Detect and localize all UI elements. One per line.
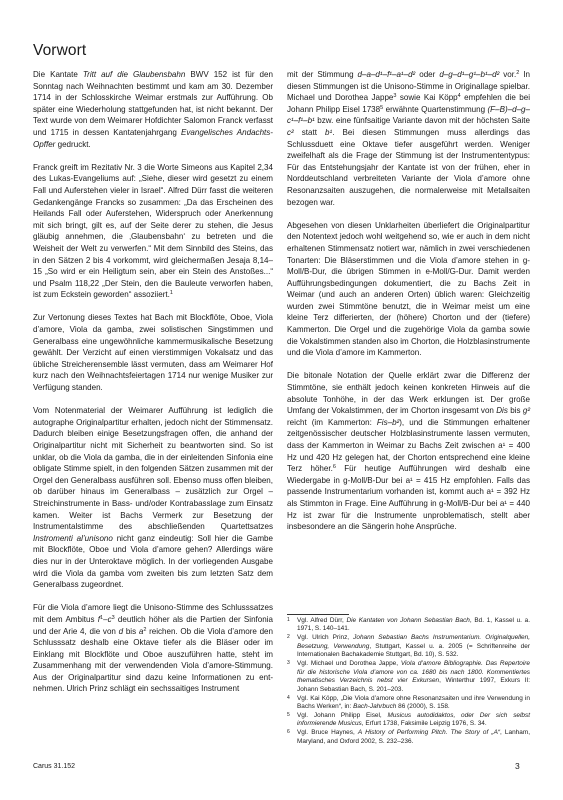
text: , Erfurt 1738, Faksimile Leipzig 1976, S…: [362, 720, 487, 727]
footnote: 6Vgl. Bruce Haynes, A History of Perform…: [287, 729, 530, 746]
paragraph-sources: Vom Notenmaterial der Weimarer Aufführun…: [33, 405, 273, 591]
paragraph-pitch: Die bitonale Notation der Quelle erklärt…: [287, 370, 530, 532]
text: Vgl. Michael und Dorothea Jappe,: [297, 660, 401, 667]
tuning: d–a–d¹–f¹–a¹–d²: [358, 70, 416, 79]
footnote-number: 4: [287, 694, 290, 702]
text: sowie Kai Köpp: [396, 93, 457, 102]
footnote: 1Vgl. Alfred Dürr, Die Kantaten von Joha…: [287, 617, 530, 634]
text: Franck greift im Rezitativ Nr. 3 die Wor…: [33, 163, 273, 300]
footnotes: 1Vgl. Alfred Dürr, Die Kantaten von Joha…: [287, 617, 530, 747]
paragraph-notation: Abgesehen von diesen Unklarheiten überli…: [287, 220, 530, 359]
text: statt: [294, 128, 325, 137]
right-column: mit der Stimmung d–a–d¹–f¹–a¹–d² oder d–…: [287, 69, 530, 544]
pitch: c²: [287, 128, 294, 137]
citation-title: Die Kantaten von Johann Sebastian Bach: [346, 617, 469, 624]
footnote-number: 1: [287, 616, 290, 624]
text: gedruckt.: [55, 140, 90, 149]
footnote: 5Vgl. Johann Philipp Eisel, Musicus auto…: [287, 712, 530, 729]
text: bis: [123, 627, 139, 636]
footnote-number: 2: [287, 633, 290, 641]
footnote-number: 3: [287, 659, 290, 667]
text: Für heutige Aufführungen wird des­halb e…: [287, 464, 530, 531]
paragraph-tuning: mit der Stimmung d–a–d¹–f¹–a¹–d² oder d–…: [287, 69, 530, 208]
text: rei­chen. Ob die Viola d’amore den Schlu…: [33, 627, 273, 694]
page-number: 3: [515, 761, 520, 771]
text: vor.: [499, 70, 516, 79]
footnote-ref[interactable]: 1: [170, 290, 173, 296]
paragraph-text-analysis: Franck greift im Rezitativ Nr. 3 die Wor…: [33, 162, 273, 301]
pitch-range: Fis–b²: [377, 418, 399, 427]
pitch: Dis: [496, 406, 508, 415]
text: Die bitonale Notation der Quelle erklärt…: [287, 371, 530, 415]
text: 86 (2000), S. 158.: [396, 703, 449, 710]
citation-title: Bach-Jahrbuch: [353, 703, 396, 710]
text: Vgl. Alfred Dürr,: [297, 617, 346, 624]
text: Vgl. Ulrich Prinz,: [297, 634, 353, 641]
text: mit der Stimmung: [287, 70, 358, 79]
footnote-number: 5: [287, 711, 290, 719]
tuning: d–g–d¹–g¹–b¹–d²: [439, 70, 499, 79]
text: oder: [415, 70, 439, 79]
text: erwähnte Quartenstimmung: [383, 105, 487, 114]
footnote-divider: [287, 614, 349, 615]
work-title: Tritt auf die Glaubensbahn: [83, 70, 186, 79]
catalog-number: Carus 31.152: [33, 763, 75, 770]
text: BWV 152 ist für den Sonntag nach Weihnac…: [33, 70, 273, 137]
footnote: 3Vgl. Michael und Dorothea Jappe, Viola …: [287, 660, 530, 694]
text: Die Kantate: [33, 70, 83, 79]
paragraph-viola-damore: Für die Viola d’amore liegt die Unisono-…: [33, 602, 273, 695]
text: bzw. eine fünfsaitige Variante davon mit…: [315, 116, 530, 125]
text: Vgl. Johann Philipp Eisel,: [297, 712, 388, 719]
text: bis: [508, 406, 523, 415]
paragraph-scoring: Zur Vertonung dieses Textes hat Bach mit…: [33, 312, 273, 393]
footnote: 2Vgl. Ulrich Prinz, Johann Sebastian Bac…: [287, 634, 530, 659]
citation-title: A History of Performing Pitch. The Story…: [358, 729, 500, 736]
text: . Bei diesen Stimmungen muss allerdings …: [287, 128, 530, 207]
text: reicht (im Kammerton:: [287, 418, 377, 427]
footnote: 4Vgl. Kai Köpp, „Die Viola d’amore ohne …: [287, 695, 530, 712]
page-title: Vorwort: [33, 42, 86, 60]
text: Vgl. Bruce Haynes,: [297, 729, 358, 736]
left-column: Die Kantate Tritt auf die Glaubensbahn B…: [33, 69, 273, 707]
text: Vom Notenmaterial der Weimarer Aufführun…: [33, 406, 273, 531]
score-marking: Instromenti al’unisono: [33, 534, 113, 543]
paragraph-intro: Die Kantate Tritt auf die Glaubensbahn B…: [33, 69, 273, 150]
pitch: g²: [523, 406, 530, 415]
footnote-number: 6: [287, 728, 290, 736]
